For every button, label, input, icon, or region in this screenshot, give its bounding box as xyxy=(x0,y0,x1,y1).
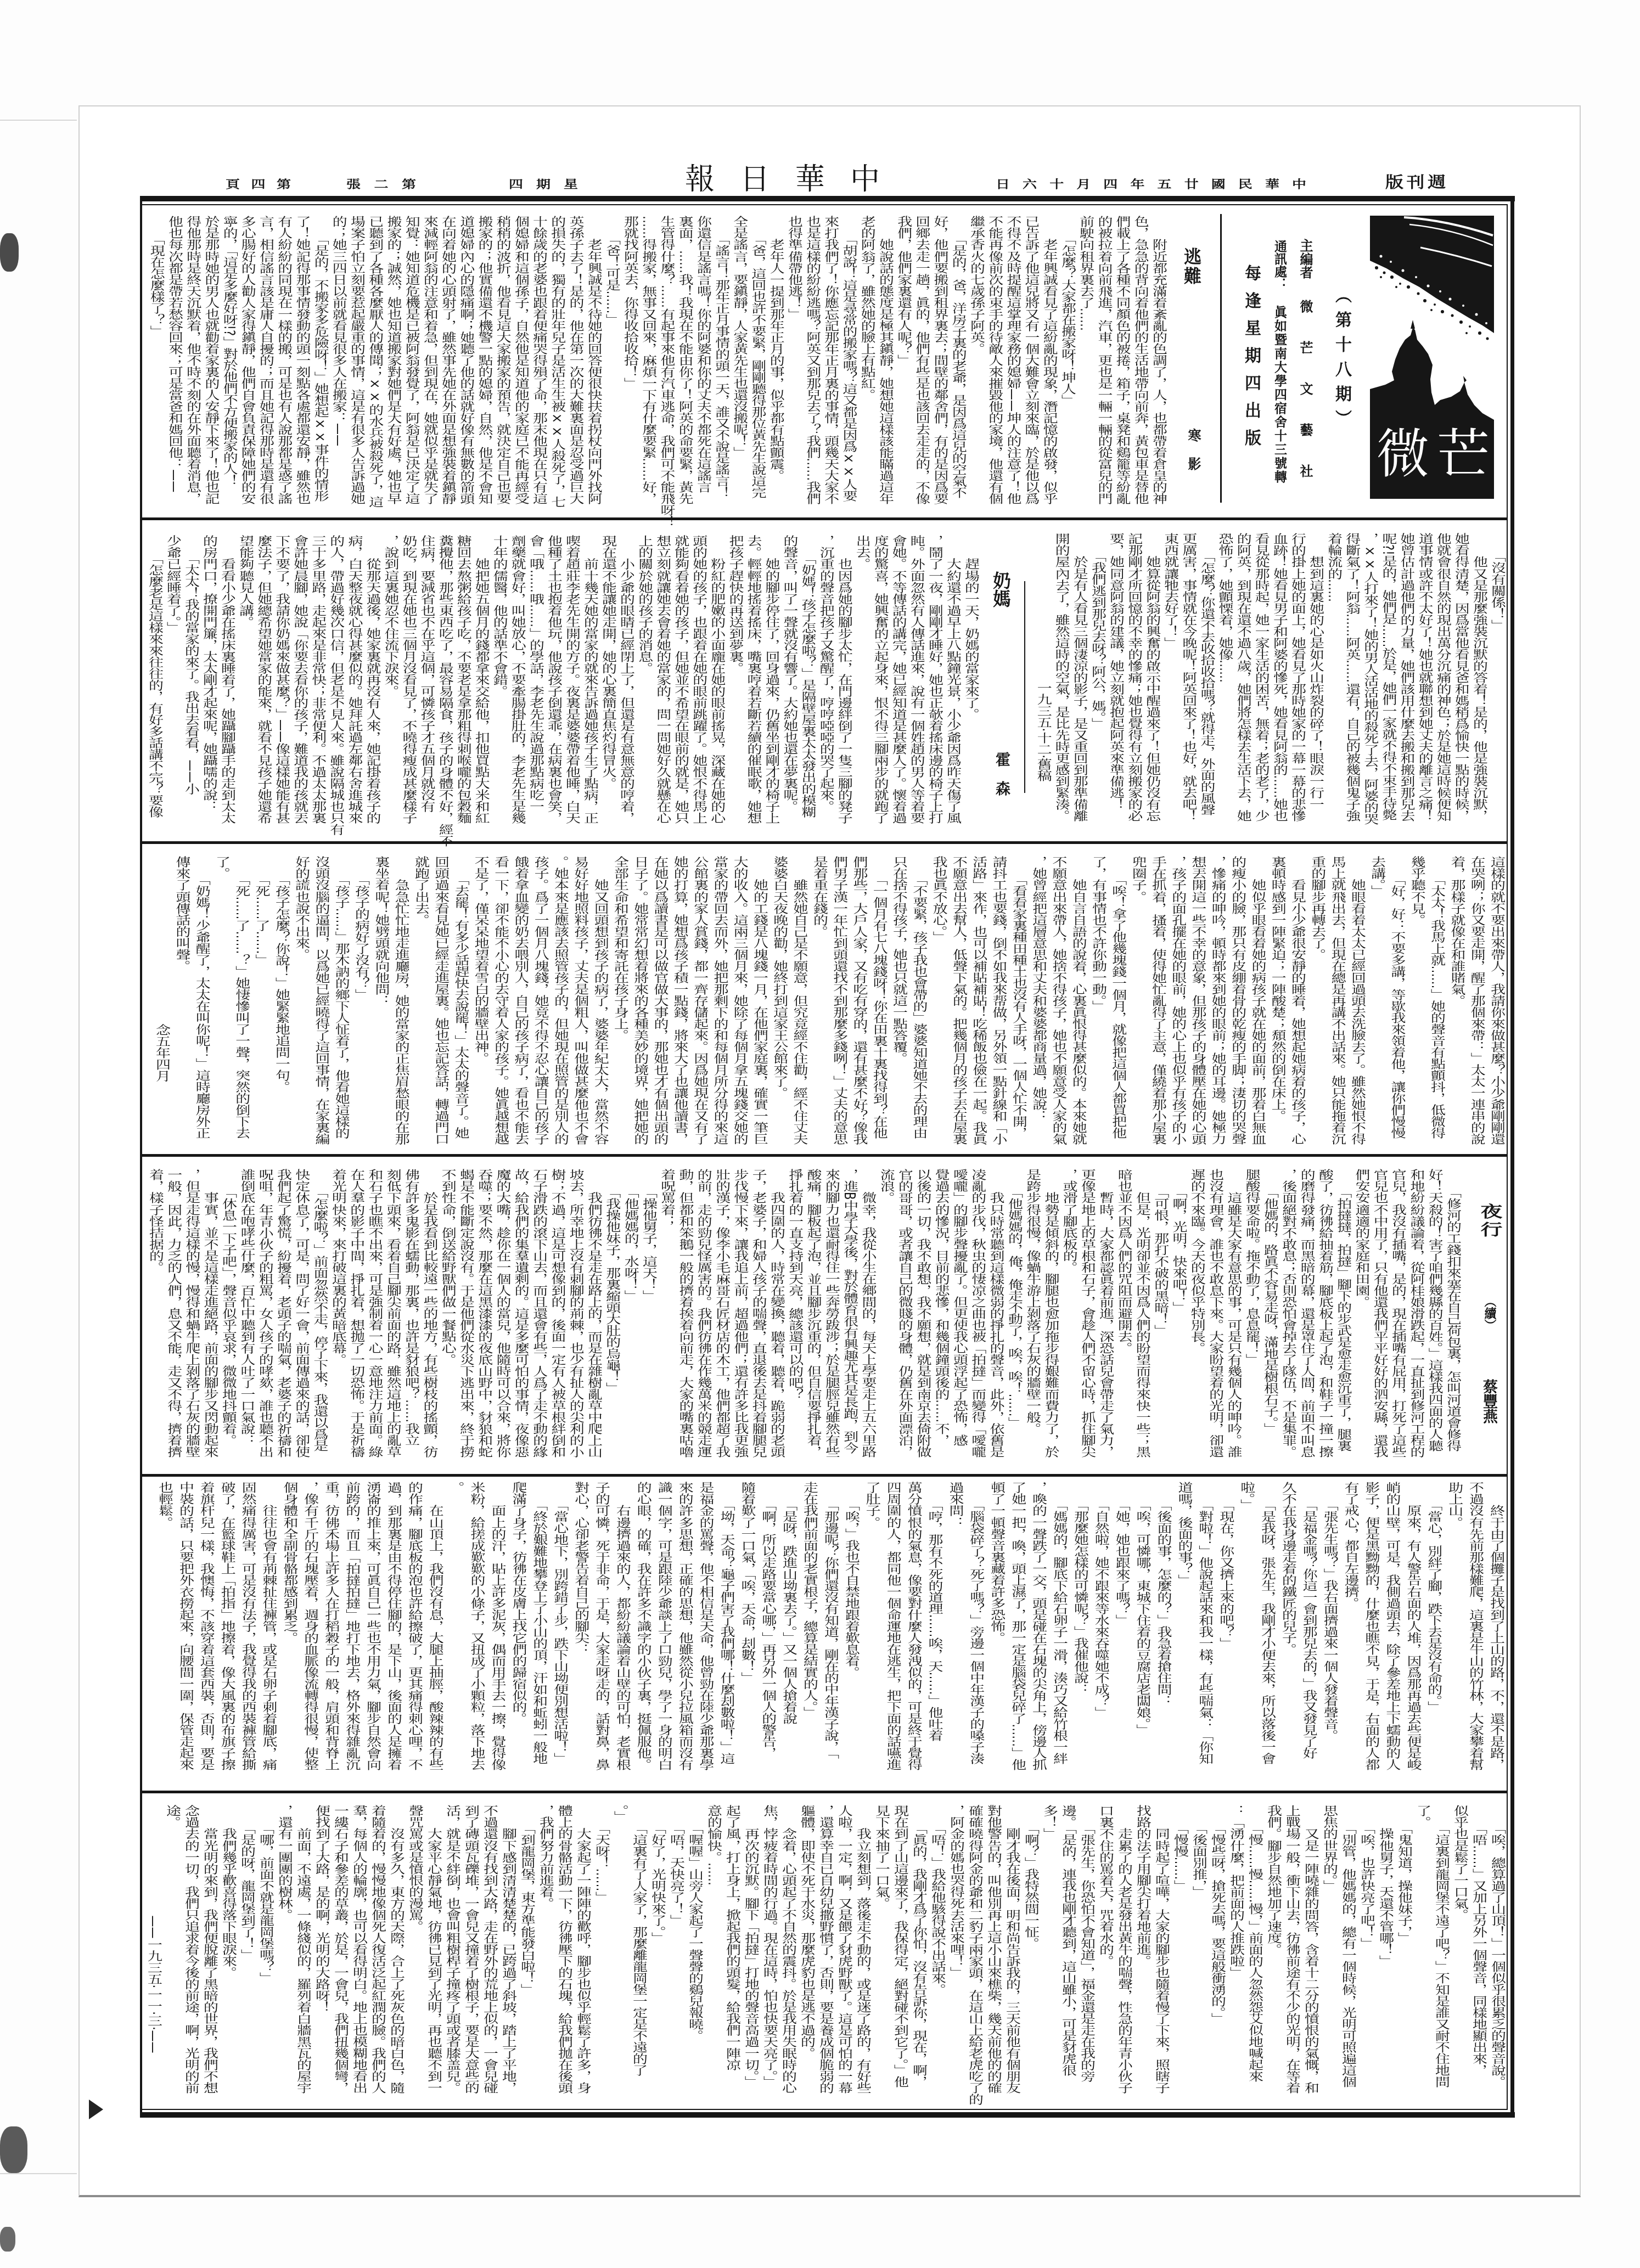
text-column: 日子了。她常常幻想着將來的各種美妙的境界，她把她的 xyxy=(630,856,649,1155)
text-column: 在山頂上，我們沒有息，大腿上抽脛，酸辣辣的有些 xyxy=(424,1482,445,1781)
text-column: 覺過去的慘況，目前的悲慘，和幾個鐘頭後的……不， xyxy=(931,1169,950,1468)
text-column: 去講。」 xyxy=(1367,856,1386,1155)
text-column: 「拍撻撻，拍撻」腳下的步武是愈走愈沉重了，腿裏 xyxy=(1334,1169,1352,1468)
text-column: 「孩子……」那木訥的鄉下人怔着了，他看她這樣的 xyxy=(330,856,350,1155)
text-column: ，我們努力前進着。 xyxy=(536,1805,554,2104)
text-column: 子的可憐，死于非命，于是，大家走呀走的，話對鼻，鼻 xyxy=(591,1482,611,1781)
text-column: 念着，心頭起了不自然的震抖。於是我用失眠時的心 xyxy=(778,1805,797,2104)
text-column: 官兒也不中用了，只有他還我們平平好好的泗安縣，還我 xyxy=(1371,1169,1389,1468)
issue-number: （第十八期） xyxy=(1333,286,1350,426)
text-column: 走累了的人老是發出黃牛的喘聲，性急的年青小伙子 xyxy=(1114,1805,1133,2104)
text-column: 也是這樣的紛紛逃嗎？阿英又到那兒去了？我們……我們 xyxy=(803,216,821,515)
text-column: 啦。」 xyxy=(1235,1482,1256,1781)
text-column: 的聲音，叫了一聲就沒有響了。大約她也還在夢裏呢。 xyxy=(780,535,798,834)
text-column: 「哼，那有不死的道理……唉，天……」他吐着 xyxy=(924,1482,945,1781)
text-column: 「太太！我的當家的來了。我出去看看，——小 xyxy=(182,535,200,834)
text-column: 只在捨不得孩子，她也只就這一點答覆。 xyxy=(889,856,908,1155)
text-column: 固然痛得厲害，可是沒有法子，我覺得我的西裝褲管給撕 xyxy=(237,1482,258,1781)
masthead-divider xyxy=(1220,214,1222,503)
weekday: 星期四 xyxy=(509,179,578,190)
text-column: 坡去，所幸地上沒有刺腳的荊棘，也少有扯人的尖利的小 xyxy=(566,1169,584,1468)
text-column: 「怎麼？大家都在搬家呀！坤人」 xyxy=(1058,216,1076,515)
article-dateline: 念五年四月 xyxy=(151,856,171,1155)
text-column: 「媽媽的，腳底下給石卵子一滑，湊巧又給竹根一絆 xyxy=(1048,1482,1069,1781)
text-column: 他也每次都是帶若愁容回來；可是當爸和媽回他：—— xyxy=(165,216,183,515)
text-column: 的被拉着向前飛進，汽車，更也是一輛一輛的從富兒的門 xyxy=(1094,216,1113,515)
text-column: 「張先生，你恐怕不會知道」，福金還是走在我的旁 xyxy=(1077,1805,1096,2104)
text-column: 了，有事情也不許你動一動。」 xyxy=(1088,856,1108,1155)
text-column: 趕場的一天，奶媽的當家來了。 xyxy=(962,535,980,834)
text-column: 得他那時是終天沉默着，他不時不刻的在外面聽着消息， xyxy=(183,216,201,515)
text-column: 來減輕阿翁的注意和着急，但到現在，她就似乎是就失了 xyxy=(420,216,439,515)
text-column: 腿酸得要命啦。拖不動了，息息罷！」 xyxy=(1242,1169,1260,1468)
text-column: 附近都充滿着紊亂的色調了，人，也都帶着倉皇的神 xyxy=(1149,216,1167,515)
text-column: 掙扎着的一直支持到天亮，總該還可以的吧？ xyxy=(785,1169,804,1468)
text-column: 血跡！她看見男子和阿婆的慘死，她看見阿翁的……她也 xyxy=(1270,533,1288,832)
text-column: 現在還不能讓她走開，她的心裏簡直焦灼得冒火。 xyxy=(599,535,617,834)
text-column: 了肚子。 xyxy=(861,1482,882,1781)
text-column: ……得搬家，無事又回來，麻煩一下有什麼要緊……好， xyxy=(639,216,657,515)
article-author: 寒影 xyxy=(1187,429,1200,470)
text-column: 微幸，我從小生在鄉間的，每天上學要走上五六里路 xyxy=(858,1169,877,1468)
text-column: 她眼看着太太已經回過頭去洗臉去了。雖然她恨不得 xyxy=(1347,856,1367,1155)
article-body: 這樣的就不要出來帶人，我請你來做甚麼？小少爺剛剛還在哭咧；你又要走開，醒了那個來… xyxy=(151,856,1506,1155)
text-column: 官的哥哥，或者讓自己的微賤的身體，仍舊在外面漂泊， xyxy=(895,1169,913,1468)
text-column: 事實，並不是這樣走進絕路，前面的腳步又閃動起來 xyxy=(201,1169,219,1468)
text-column: 我們起了驚慌，紛擾着，老頭子的喘氣，老婆子的祈禱和 xyxy=(274,1169,292,1468)
text-column: 「是的，不搬家多危險呀！」她想起××事件的情形 xyxy=(311,216,329,515)
text-column: 右邊擠過來的人，都紛紛議論着山壁的可怕，老實根 xyxy=(611,1482,632,1781)
text-column: 道嗎，後面的事？」 xyxy=(1173,1482,1194,1781)
text-column: 看一下，卻不能不小心的去守着人家的孩子。她眞越想越 xyxy=(490,856,510,1155)
text-column: 兜圈子。 xyxy=(1127,856,1147,1155)
text-column: 雖然她自己是不願意，但究竟經不住勸，經不住丈夫 xyxy=(789,856,808,1155)
text-column: 想立刻就讓她去會着她的當家的，問一問她好久就懸在心 xyxy=(653,535,671,834)
editor-label: 主編者 xyxy=(1299,239,1312,279)
text-column: 我也眞不放心。」 xyxy=(928,856,948,1155)
page-number: 第四頁 xyxy=(226,179,291,190)
text-column: ，還算幸自已自幼兒撒野慣了，否則，要是養成個脆弱的 xyxy=(816,1805,834,2104)
text-column: ，像有千斤的石塊壓着，週身的血脈像流轉得很慢，使整 xyxy=(299,1482,320,1781)
text-column: 「我們逃到那兒去呀？阿公，媽。」 xyxy=(1088,533,1107,832)
text-column: 生管得什麼？……有起事來他有汽車逃命，我們可不能飛呀！ xyxy=(657,216,675,515)
text-column: 盹。外面忽然有人傳話進來，說有一個姓趙的男人等着要 xyxy=(907,535,925,834)
text-column: 「啊，所以走路要當心哪，」再另外一個人的警告， xyxy=(757,1482,778,1781)
text-column: 不願意出去幫人，低聲下氣的。把幾個月的孩子丟在屋裏 xyxy=(948,856,968,1155)
text-column: 回頭過來看見她已經走進屋裏。她也忘記答話，轉過門口 xyxy=(430,856,450,1155)
text-column: 似乎也是鬆了一口氣。 xyxy=(1450,1805,1469,2104)
text-column: 於是那時她的男人也就勸着家裏的人安靜下來了！他也記 xyxy=(201,216,220,515)
text-column: 沒頭沒腦的逼問，以爲她已經曉得了這回事情，在家裏編 xyxy=(311,856,330,1155)
text-column: ，××人打來了！她的男人活活地的殺死了去，阿婆的哭 xyxy=(1361,533,1379,832)
text-column: 個媳婦和這個孫子，自然他是知道他的家庭已不能再經受 xyxy=(512,216,530,515)
newspaper-title: 中華日報 xyxy=(685,165,880,194)
text-column: 見下來抽了一口氣。 xyxy=(872,1805,890,2104)
text-column: 望能夠聽見人講。 xyxy=(236,535,254,834)
text-column: 頭的她的孩子，也跟着在她的眼前跳躍了。她恨不得馬上 xyxy=(689,535,707,834)
text-column: 的阿英，到現在還不過八歲，她們將怎樣去生活下去，她 xyxy=(1234,533,1252,832)
text-column: 急急忙忙地走進廳房，她的當家的正焦眉愁眼的在那 xyxy=(390,856,410,1155)
text-column: 病，白天整夜就心得甚麼似的。她拜託過左鄰右舍進城來 xyxy=(345,535,363,834)
text-column: 「這裏有了人家了，那麼離龍岡堡一定是不遠的了 xyxy=(629,1805,648,2104)
text-column: 官兒，我沒有插嘴，是的，現在插嘴有屁用，打死了這些 xyxy=(1389,1169,1407,1468)
text-column: 「別管，他媽媽的，總有一個時候，光明可照遍這個 xyxy=(1338,1805,1357,2104)
article-dateline: 一九三五·十二·舊稿 xyxy=(1034,533,1052,832)
article-body: 終于由了個攤子是找到了上山的路，不，還不是路，不過沒有先前那樣難爬，這裏是牛山的… xyxy=(154,1482,1506,1781)
text-column: 着，那樣子就像在和誰賭氣。 xyxy=(1446,856,1466,1155)
text-column: 萬分憤恨的氣息，像要對什麼人發洩似的，可是終于覺得 xyxy=(903,1482,924,1781)
text-column: 「胡說！這是尋常的搬家嗎？這又都是因爲××人要 xyxy=(839,216,857,515)
tier-rule xyxy=(142,517,1508,520)
text-column: 「現在，你又擠上來的吧？」 xyxy=(1215,1482,1235,1781)
text-column: 「是福金嗎？你這一會到那兒去的，」我又發見了好 xyxy=(1298,1482,1319,1781)
text-column: 我立刻想到，落後走不動的，或是迷了路的，有好些 xyxy=(853,1805,872,2104)
text-column: 「眞的，我剛才爲了你怕，沒有告訴你，現在，啊， xyxy=(909,1805,928,2104)
text-column: 到了磚頭瓦礫堆，一會兒又撞着了樹根子，要是大意些的 xyxy=(461,1805,480,2104)
text-column: 我們幾乎歡喜得落下眼淚來。 xyxy=(218,1805,237,2104)
edition-label: 週刊版 xyxy=(1385,175,1446,190)
text-column: 刻低下頭來，看着自己腳尖前面的路，雖然這地上的亂草 xyxy=(383,1169,401,1468)
article-author: 霍森 xyxy=(994,752,1009,796)
text-column: 「沒有關係！」 xyxy=(1488,533,1506,832)
text-column: 口裏不住的罵着天，咒着水的。 xyxy=(1096,1805,1114,2104)
text-column: 寧的，「這是多麼好呀!?」對於他們不方便搬家的人！ xyxy=(220,216,238,515)
text-column: 好！天殺的！害了咱們幾縣的百姓。」這樣我四面的人聽 xyxy=(1425,1169,1443,1468)
text-column: 那就找阿英去，你得收拾收拾！」 xyxy=(621,216,639,515)
text-column: 英孫子去了！是的，他在第一次的大難裏面是忍受過巨大 xyxy=(566,216,584,515)
text-column: 會許她晨腳，她說「你要去看你的孩子，難道我的孩就丟 xyxy=(290,535,308,834)
text-column: ，還有一團團的樹林。 xyxy=(274,1805,293,2104)
text-column: 對心，心卻老警告着自己的腳尖： xyxy=(570,1482,591,1781)
text-column: 要，她同意阿翁的建議，她立刻就抱起阿英來準備逃！ xyxy=(1107,533,1125,832)
text-column: 的房門口，撩開門簾，太太剛才起來呢，她躡嚅的說： xyxy=(200,535,218,834)
tier-rule xyxy=(142,841,1508,844)
text-column: ，沉重的聲音把孩子又驚醒了，哼哼啞啞的哭了起來。 xyxy=(817,535,835,834)
text-column: 軀體，即使不死于水災，那麼虎豹也是逃不過的。 xyxy=(797,1805,816,2104)
text-column: 們那些，大戶人家，又有吃有穿的，還有甚麼不好？像我 xyxy=(849,856,868,1155)
text-column: 他種了土也抱着他玩，他說孩子倒還乖，在病裏也會笑， xyxy=(544,535,563,834)
text-column: 不是了，僅呆呆地望着雪白的牆壁出神。 xyxy=(470,856,490,1155)
text-column: 不能再像前次的束手的待敵人來摧毀他的家境，他還有個 xyxy=(985,216,1003,515)
text-column: 她曾估計過他們的力量，她們該用什麼去搬和搬到那兒去 xyxy=(1397,533,1415,832)
text-column: 「慢……慢……慢，」前面的人忽然怨艾似地喊起來 xyxy=(1245,1805,1263,2104)
text-column: 「謠言！那年正月事情的頭一天，誰又不說是謠言！ xyxy=(712,216,730,515)
tier-rule xyxy=(142,1791,1508,1793)
text-column: 於是我看到比較遠一些的地方，有些樹枝的搖顫，彷 xyxy=(420,1169,438,1468)
text-column: 「唔……」又加上另外一個聲音，同樣地顯出來， xyxy=(1469,1805,1487,2104)
text-column: 頓了一頓聲音裏藏着許多恐怖。 xyxy=(986,1482,1007,1781)
text-column: 前跨的，而且「拍撻拍撻」地打下地去，格外來得雜亂沉 xyxy=(341,1482,362,1781)
text-column: 凌亂的步伐，秋虫的悽凉之曲也被「拍撻」而變得「噯嚨 xyxy=(968,1169,986,1468)
text-column: 場案子怕立刻要惹起嚴重的事情，這是有很多人告訴過她 xyxy=(347,216,366,515)
text-column: 裏坐着呢！她劈頭就向他問： xyxy=(370,856,390,1155)
text-column: 她看得清楚，因爲當他看見爸和媽稍爲愉快一點的時候， xyxy=(1452,533,1470,832)
text-column: 「奶媽！孩子怎麼啦？」是隔壁屋裏太太發出的模糊 xyxy=(799,535,817,834)
text-column: 色，急急的背向着他們的生活地帶向前奔，黃包車是替他 xyxy=(1131,216,1149,515)
text-column: 酸痛，腳板起了泡，並且腳步沉重的，但自信要掙扎着， xyxy=(804,1169,822,1468)
text-column: 好，他們要搬到租界裏去；間壁的鄰舍們，有的是因爲要 xyxy=(930,216,948,515)
text-column: 「可恨，那打不破的黑暗！」 xyxy=(1151,1169,1169,1468)
text-column: 了。 xyxy=(211,856,231,1155)
text-column: 四周圍的人，都同他一個命運地在逃生，把下面的話嚥進 xyxy=(882,1482,903,1781)
text-column: 來打我們了！你應忘記那年正月裏的事情，頭幾天大家不 xyxy=(821,216,839,515)
text-column: 們男子漢一年忙到頭還找不到那麼多錢咧！」丈夫的意思 xyxy=(829,856,849,1155)
supplement-logo: 微芒 xyxy=(1370,216,1494,499)
text-column: 蝎是不能斷定說沒有。于是他們從水災下逃出來，終于撈 xyxy=(457,1169,475,1468)
text-column: 稍稍的波折，他看見這大家搬家的預告，就決定自己也要 xyxy=(493,216,511,515)
text-column: 操他舅子，天還不管哪！」 xyxy=(1375,1805,1394,2104)
text-column: 道事情或許不太好了！她也就聯想到她丈夫的離言之痛！ xyxy=(1416,533,1434,832)
text-column: 會她。不等傳話的講完，她已經知道是甚麼人了。懷着過 xyxy=(889,535,907,834)
text-column: 去。輕輕地搖着搖床，嘴裏哼着若斷若續的催眠歌，她想 xyxy=(744,535,762,834)
article-body: 「沒有關係！」 他又是那麼強裝沉默的答着！是的，他是強裝沉默，她看得清楚，因爲當… xyxy=(1034,533,1506,832)
text-column: 「那邊呢？你們還沒有知道，剛在的中年漢子說，「 xyxy=(819,1482,840,1781)
text-column: 峭的山壁，可是，我側過頭去，除了參差地上下蠕動的人 xyxy=(1381,1482,1402,1781)
text-column: 餓着拿血變的奶去喂別人，自己的孩子病了，看也不能去 xyxy=(510,856,530,1155)
text-column: 「她，她也跟來了嗎？」 xyxy=(1111,1482,1132,1781)
text-column: 已告訴了他這兒將又有一個大難會立刻來臨，於是他以爲 xyxy=(1021,216,1040,515)
text-column: 故，給我們的集羣遺剩的。這是多麼可怕的事情，夜像惡 xyxy=(512,1169,530,1468)
text-column: 請抖工也要錢，倒不如我來帮做，另外領一點針線和「小 xyxy=(988,856,1008,1155)
text-column: 在人羣的影子中間，掙扎着，想拋了一切恐怖。于是祈禱 xyxy=(347,1169,365,1468)
text-column: 裏頓時感到一陣緊迫；一陣酸楚；頹然的倒在床上。 xyxy=(1267,856,1287,1155)
text-column: 「他媽媽的，水呀！」 xyxy=(621,1169,639,1468)
text-column: 「後面的事，怎麼的？」我急着搶住問： xyxy=(1153,1482,1173,1781)
page-frame-left xyxy=(140,196,142,2118)
text-column: 們載上了各種不同顏色的被捲，箱子，桌凳和鷄籠等紛亂 xyxy=(1113,216,1131,515)
text-column: 老的阿翁了，雖然她的臉上有點紅。 xyxy=(858,216,876,515)
text-column: 不過還沒有找到大路，走在野外的荒地上似的，一會兒碰 xyxy=(480,1805,498,2104)
text-column: 多心腸好的人勸人家得鎭靜，他們自會負責保障她們的安 xyxy=(238,216,256,515)
text-column: 的損失的，獨有的壯年兒子是活生生被××人殺死了，七 xyxy=(548,216,566,515)
text-column: 東西就讓牠去好了！」 xyxy=(1161,533,1179,832)
text-column: 「喔喔」山旁人家起了一聲聲的鷄兒報曉。 xyxy=(685,1805,704,2104)
article-subtitle: （續） xyxy=(1483,1295,1495,1324)
text-column: 邊。「是的，連我也剛才聽到，這山雖小，可是豺虎很 xyxy=(1058,1805,1077,2104)
text-column: ，鬧了一夜，剛剛才睡好，她也正欹着搖床邊的椅子上打 xyxy=(925,535,943,834)
page-frame-right-thin xyxy=(1507,205,1508,2109)
text-column: 「這裏到龍岡堡不遠了吧？」不知是誰又耐不住地問 xyxy=(1431,1805,1450,2104)
text-column: 「死……了……？」她悽慘叫了一聲，突然的倒下去 xyxy=(231,856,251,1155)
text-column: 「唔，天快亮了！」 xyxy=(666,1805,685,2104)
text-column: 個身體和全副骨骼都感到累乏。 xyxy=(279,1482,300,1781)
text-column: 他又是那麼強裝沉默的答着！是的，他是強裝沉默， xyxy=(1470,533,1488,832)
text-column: 又是一陣嘵雜的問答，含着十二分的憤恨的氣慨，和 xyxy=(1301,1805,1319,2104)
text-column: 「腦袋碎了？死了嗎？」旁邊一個中年漢子的嗓子湊 xyxy=(965,1482,986,1781)
text-column: 道媳婦內心的隱痛啊；她聽了他的話就好像有無數的箭頭 xyxy=(457,216,475,515)
logo-text: 微芒 xyxy=(1377,427,1494,480)
editor-name: 微芒文藝社 xyxy=(1299,300,1312,477)
text-column: 了。 xyxy=(1413,1805,1431,2104)
text-column: 老年興誠是不待她的回答便很快扶着拐杖向門外找阿 xyxy=(585,216,603,515)
text-column: 「是呀，跌進山坳裏去了。」又一個人搶着說 xyxy=(778,1482,799,1781)
text-column: 一縷石子和參差的草叢，於是，一會兒，我們扭幾個彎， xyxy=(330,1805,349,2104)
text-column: 劑藥就會好，叫她放心，不要牽腸掛肚的，李老先生是幾 xyxy=(508,535,526,834)
text-column: 搬家的；他實備還不機警一點的媳婦，自然，他是不會知 xyxy=(475,216,493,515)
text-column: 思焦的世界的。」 xyxy=(1319,1805,1338,2104)
text-column: 焦，悖疲着時間的行過。現在這時，怕也快要天亮了。」 xyxy=(760,1805,778,2104)
text-column: 久不在我身邊走着的鐵匠的兒子。 xyxy=(1277,1482,1298,1781)
text-column: 隨着歎了一口氣，「唉，天命，刦數！」 xyxy=(736,1482,757,1781)
text-column: 度的驚喜，她興奮的立起身來，恨不得三腳兩步的就跑了 xyxy=(871,535,889,834)
text-column: 便找到了大路，是的啊，光明的大路呀！ xyxy=(312,1805,330,2104)
text-column: 暗也並不因爲人們的咒阻而避開去。 xyxy=(1114,1169,1132,1468)
text-column: 走在我們前面的老實根子，總算是結實的人。」 xyxy=(799,1482,819,1781)
text-column: 壯的漢子，像李小毛麻哥石匠材店的木工，他們都超了我 xyxy=(712,1169,731,1468)
text-column: 她又回頭想到孩子的病了，婆婆年紀太大，當然不容 xyxy=(589,856,609,1155)
text-column: 佛有許多鬼影在蠕動，那裏，也許是豺狼吧？……我立 xyxy=(402,1169,420,1468)
text-column: 從那天過後，她家裏就再沒有人來，她記掛着孩子的 xyxy=(363,535,381,834)
text-column: 現在到了山這邊來了，我保得定，絕對碰不到它了。」他 xyxy=(890,1805,909,2104)
text-column: 麼法子，但她總希望她當家的能來，就看不見孩子她還希 xyxy=(254,535,272,834)
text-column: 的磨得發痛，而黑暗的幕，還是罩住了人間，前面不叫息 xyxy=(1297,1169,1315,1468)
text-column: 十餘歲的老婆也跟着便痛哭得殞了命，那末他現在只有這 xyxy=(530,216,548,515)
text-column: 動，但都和笨鵝一般的擠着挨着向前走，大家的嘴裏咕嚕 xyxy=(676,1169,694,1468)
text-column: 「慢些呀，搶死去嗎，要這般衝湧的。」 xyxy=(1207,1805,1226,2104)
text-column: 來的許多思想，正確的思想，他雖然從小兒拉風箱而沒有 xyxy=(674,1482,695,1781)
text-column: 快定休息了，可是，問了好一會，前面傳過來的話，卻使 xyxy=(292,1169,310,1468)
text-column: 沒有多久，東方的天際，合上了死灰色的暗白色，隨 xyxy=(386,1805,405,2104)
text-column: 易好好地照料孩子，丈夫是個粗人，叫他做甚麼他也不會 xyxy=(570,856,589,1155)
text-column: ，進B中學大學後，對於體育很有興趣尤其是長跑，到今 xyxy=(840,1169,858,1468)
text-column: 我四圍的人，時常在變換，聽着，聽着，跪弱的老頭 xyxy=(767,1169,785,1468)
text-column: 石子滑跌的滾下山去，而且還會有些，人爲了走不動的緣 xyxy=(530,1169,548,1468)
text-column: 地勢是傾斜的，腳腿也愈加拖步得艱難而費力了，於 xyxy=(1041,1169,1059,1468)
article-dateline: ——一九三五·一一·三·—— xyxy=(144,1805,162,2104)
header-rule-thin xyxy=(141,204,1508,205)
text-column: 羣，每個人的輪廓，也可以看得明白。地上也模糊地看出 xyxy=(349,1805,368,2104)
text-column: ，喚的一聲跌了一交，頭是碰在石塊的尖角上，傍邊人抓 xyxy=(1027,1482,1048,1781)
text-column: ，後面絕對不敢息；否則恐怕會掉去了隊伍，不是集罪。 xyxy=(1279,1169,1297,1468)
text-column: 粉紅的肥嫩的小面龐在她的眼前搖晃，深藏在她的心 xyxy=(707,535,726,834)
text-column: 手在抓着，搔着，使得她忙亂得了主意，僅繞着那小屋裏 xyxy=(1148,856,1167,1155)
text-column: 噯嚨」的腳步聲擾亂了。但更使我心頭浮起了恐怖，感 xyxy=(950,1169,968,1468)
text-column: 全是謠言，要鎭靜，人家黃先生也還沒搬呢！」 xyxy=(730,216,748,515)
text-column: 「當心，別絆了腳，跌下去是沒有命的。」 xyxy=(1423,1482,1444,1781)
footer-rule-thin xyxy=(141,2109,1508,2110)
text-column: 看見小少爺很安靜的睡着，她想起她病着的孩子，心 xyxy=(1287,856,1307,1155)
scan-edge-line xyxy=(0,2173,77,2174)
text-column: 有了戒心，都自左邊擠。 xyxy=(1340,1482,1361,1781)
text-column: 前十幾天她的當家的就來告訴過她孩子生了點病，正 xyxy=(581,535,599,834)
text-column: 「修河的工錢扣來塞在自己荷包裏，怎叫河道會修得 xyxy=(1444,1169,1462,1468)
text-column: 婆婆白天夜晚的勸，她終打到這家王公館來了。 xyxy=(769,856,789,1155)
text-column: 終于由了個攤子是找到了上山的路，不，還不是路， xyxy=(1485,1482,1506,1781)
article-title: 奶媽 xyxy=(992,571,1010,607)
text-column: 「唉，也許快亮了吧！」 xyxy=(1357,1805,1375,2104)
article-title: 逃難 xyxy=(1183,247,1200,284)
text-column: 把孩子趕快的再送到夢裏。 xyxy=(726,535,744,834)
text-column: 也輕鬆。 xyxy=(154,1482,175,1781)
text-column: 看見從那時起，她一家生活的困苦，無着；老的老了，少 xyxy=(1252,533,1270,832)
text-column: ，阿金的媽也哭得死去活來哩！」 xyxy=(946,1805,965,2104)
address-label: 通訊處： xyxy=(1273,240,1285,290)
text-column: 來的腳力也還耐得住一些奔勞跋涉；於是腿脛兒雖然有些 xyxy=(822,1169,840,1468)
text-column: 湧崙的推上來，可眞自己一些也不用力氣，腳步自然會向 xyxy=(362,1482,383,1781)
text-column: 知覺：她知道危機是已被阿翁發覺了，阿翁是已決定了這 xyxy=(402,216,420,515)
text-column: 酸了，彷彿給抽着筋，腳底板上起了泡，和鞋子一撞一擦 xyxy=(1316,1169,1334,1468)
article-body: 附近都充滿着紊亂的色調了，人，也都帶着倉皇的神色，急急的背向着他們的生活地帶向前… xyxy=(147,216,1167,515)
text-column: 遲的不來臨。今天的夜似乎特別長。 xyxy=(1188,1169,1206,1468)
text-column: 繼承香火的七歲孫子阿英。 xyxy=(967,216,985,515)
article-body: 趕場的一天，奶媽的當家來了。 大約還不過早上八點鐘光景，小少爺因爲昨天傷了風，鬧… xyxy=(145,535,980,834)
text-column: 「死……了……」 xyxy=(251,856,271,1155)
text-column: 樹；不過，這是可想像到的，後面一定有人被草根絆倒和 xyxy=(548,1169,566,1468)
text-column: 是跨步得很慢，像蝸牛游上剝落了石灰的牆壁一般。 xyxy=(1023,1169,1041,1468)
text-column: 當家的帶回去而外，她把那剩下的和每個月所分得的來這 xyxy=(709,856,729,1155)
text-column: 開的屋內去了，雖然這時的空氣，是比先時更感到緊湊。 xyxy=(1052,533,1070,832)
text-column: 搬家的；誠然，她也知道搬家對她們是大有好處，她也早 xyxy=(384,216,402,515)
text-column: 意的愉快。…… xyxy=(704,1805,722,2104)
text-column: 大約還不過早上八點鐘光景，小少爺因爲昨天傷了風 xyxy=(943,535,962,834)
issue-date: 中華民國廿五年四月十六日 xyxy=(996,179,1306,190)
article-title: 夜行 xyxy=(1479,1203,1501,1237)
text-column: 「唔！」我給他駭得說不出話來。 xyxy=(928,1805,946,2104)
text-column: 。」 xyxy=(610,1805,629,2104)
text-column: 「不要緊，孩子我也會帶的」婆婆知道她不去的理由 xyxy=(908,856,928,1155)
text-column: 「對啦！」他說起話來和我一樣，有些喘氣：「你知 xyxy=(1194,1482,1215,1781)
text-column: 就跑了出去。 xyxy=(411,856,430,1155)
text-column: 前面，不遠處，一條綫似的，羅列着白牆黑瓦的屋宇 xyxy=(293,1805,312,2104)
text-column: 們安安適適的家庭和田園。 xyxy=(1352,1169,1370,1468)
text-column: 途。 xyxy=(162,1805,181,2104)
text-column: 重，彷佛禾場上許多人在打稻穀子的一般，肩頭和背脊上 xyxy=(320,1482,341,1781)
text-column: 也得準備帶他逃！」 xyxy=(785,216,803,515)
text-column: 大家平心靜氣地，彷彿已見到了光明，再也聽不到一 xyxy=(424,1805,442,2104)
text-column: 「操他舅子，這天！」 xyxy=(639,1169,658,1468)
text-column: 步伐慢下來，讓我追上前，超過他們；還有許多比我更強 xyxy=(731,1169,749,1468)
text-column: 也沒有理會，誰也不敢息下來。大家盼望着的光明，卻還 xyxy=(1206,1169,1224,1468)
text-column: 以後的一切，我不敢想，我不願想，就是到南京去倚附做 xyxy=(913,1169,931,1468)
text-column: 「自然啦，她不跟來等水來吞噬她不成？」 xyxy=(1090,1482,1111,1781)
text-column: ，說到這裏她忍不住流下淚來。 xyxy=(381,535,399,834)
text-column: 想到這裏她的心是如火山炸裂的碎了！眼淚一行一 xyxy=(1306,533,1324,832)
text-column: 你還信是謠言嗎！你的阿婆和你的丈夫不都死在這謠言 xyxy=(694,216,712,515)
text-column: 我只時常聽到這樣微弱的掙扎的聲音，此外，依舊是 xyxy=(986,1169,1004,1468)
text-column: 「那麼她怎樣的可憐呢？」我催他說： xyxy=(1069,1482,1090,1781)
text-column: 魔的大嘴，趁你在一個人的當兒，他隨時可以合來，將你 xyxy=(493,1169,511,1468)
text-column: 原來，有人警告右面的人堆，因爲那再過去些便是峻 xyxy=(1402,1482,1423,1781)
text-column: 暫時，大家都認眞着前進，深恐話兒會帶走了氣力， xyxy=(1096,1169,1114,1468)
text-column: 再次的沉默。腳下「拍撻」打地的聲音高過一切。」 xyxy=(741,1805,760,2104)
text-column: 「到龍岡堡，東方準能發白啦！」 xyxy=(517,1805,536,2104)
text-column: 是着重在錢的。 xyxy=(809,856,829,1155)
text-column: 幾乎聽不見。 xyxy=(1407,856,1426,1155)
text-column: 會「哦……哦……」的學話，李老先生說過那點病吃一 xyxy=(526,535,544,834)
text-column: 了！她記得那事情發動的頭一刻點各處都還安靜，雖然也 xyxy=(293,216,311,515)
text-column: 她似乎眼看着她的病孩子就在她的面前，那着白無血 xyxy=(1247,856,1267,1155)
text-column: ，或滑了腳底板的。 xyxy=(1059,1169,1077,1468)
text-column: 識一個字，可是跟陸少爺談上了口勁兒，學了一身的明白 xyxy=(653,1482,674,1781)
text-column: 着隨着的，慢慢地像個死人復活泛起紅潤的臉。我們的人 xyxy=(368,1805,386,2104)
scan-edge-line xyxy=(0,120,77,121)
text-column: 下不要了，我請你奶媽來做甚麼？」——像這樣她能有甚 xyxy=(272,535,290,834)
text-column: 孩子。爲了一個月八塊錢，她竟不得不忍心讓自己的孩子 xyxy=(530,856,549,1155)
text-column: 「啊，光明，快來吧！」 xyxy=(1169,1169,1187,1468)
text-column: 的；她三四日以前就看見很多人在搬家：—— xyxy=(329,216,347,515)
text-column: 我們彷彿不是走在路上的，而是在雜樹亂草中爬上山 xyxy=(585,1169,603,1468)
text-column: 「天呀！……」 xyxy=(592,1805,610,2104)
article-body: 「修河的工錢扣來塞在自己荷包裏，怎叫河道會修得好！天殺的！害了咱們幾縣的百姓。」… xyxy=(145,1169,1462,1468)
text-column: 着光明快來，來打破這裏的黃暗底幕。 xyxy=(329,1169,347,1468)
text-column: 「是的呀，龍岡堡到了！」 xyxy=(237,1805,256,2104)
text-column: 記那剛才所回憶的不幸的慘痛；她也覺得有立刻搬家的必 xyxy=(1125,533,1143,832)
text-column: 「好，好：不要多講，等歇我來領着他，讓你們慢慢 xyxy=(1386,856,1406,1155)
text-column: 過，到那裏是由不得停住腳的，是下山，後面的人是擁着 xyxy=(383,1482,403,1781)
text-column: 「我操他妹子，那裏縮頭大肚的烏龜！」 xyxy=(603,1169,621,1468)
text-column: 少爺已經睡着了。」 xyxy=(164,535,182,834)
text-column: 「現在怎麼樣了？」 xyxy=(147,216,165,515)
